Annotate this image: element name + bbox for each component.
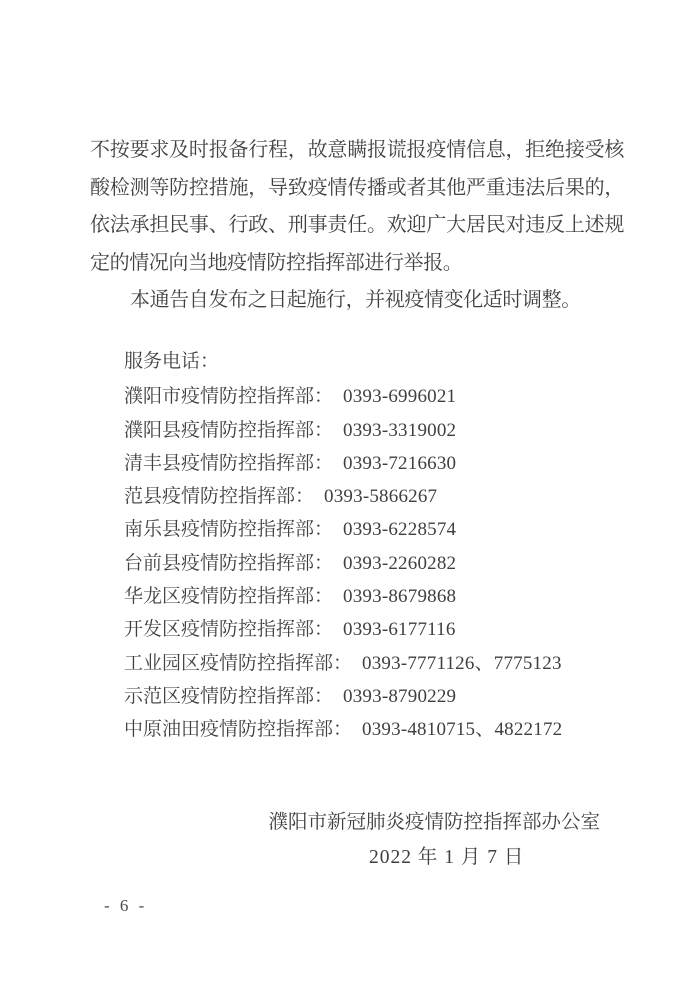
hotline-org: 南乐县疫情防控指挥部： <box>124 519 333 540</box>
hotline-row: 开发区疫情防控指挥部：0393-6177116 <box>124 613 562 646</box>
hotline-phone: 0393-6228574 <box>343 519 456 540</box>
hotline-row: 濮阳县疫情防控指挥部：0393-3319002 <box>124 414 562 447</box>
hotline-row: 清丰县疫情防控指挥部：0393-7216630 <box>124 447 562 480</box>
hotline-org: 示范区疫情防控指挥部： <box>124 686 333 707</box>
hotline-org: 濮阳县疫情防控指挥部： <box>124 420 333 441</box>
hotline-row: 示范区疫情防控指挥部：0393-8790229 <box>124 680 562 713</box>
hotline-heading: 服务电话： <box>124 345 562 378</box>
hotline-phone: 0393-2260282 <box>343 553 456 574</box>
hotline-row: 台前县疫情防控指挥部：0393-2260282 <box>124 547 562 580</box>
hotline-row: 华龙区疫情防控指挥部：0393-8679868 <box>124 580 562 613</box>
hotline-org: 华龙区疫情防控指挥部： <box>124 586 333 607</box>
paragraph-legal-liability: 不按要求及时报备行程，故意瞒报谎报疫情信息，拒绝接受核酸检测等防控措施，导致疫情… <box>90 132 624 282</box>
hotline-phone: 0393-3319002 <box>343 420 456 441</box>
hotline-org: 范县疫情防控指挥部： <box>124 486 314 507</box>
hotline-row: 工业园区疫情防控指挥部：0393-7771126、7775123 <box>124 647 562 680</box>
document-page: 不按要求及时报备行程，故意瞒报谎报疫情信息，拒绝接受核酸检测等防控措施，导致疫情… <box>0 0 700 989</box>
signature-block: 濮阳市新冠肺炎疫情防控指挥部办公室 2022 年 1 月 7 日 <box>268 805 600 875</box>
hotline-phone: 0393-8790229 <box>343 686 456 707</box>
hotline-phone: 0393-4810715、4822172 <box>362 719 562 740</box>
notice-body: 不按要求及时报备行程，故意瞒报谎报疫情信息，拒绝接受核酸检测等防控措施，导致疫情… <box>90 132 624 320</box>
paragraph-effective-date: 本通告自发布之日起施行，并视疫情变化适时调整。 <box>90 282 624 320</box>
hotline-phone: 0393-6177116 <box>343 619 456 640</box>
hotline-phone: 0393-5866267 <box>324 486 437 507</box>
hotline-phone: 0393-6996021 <box>343 386 456 407</box>
hotline-org: 工业园区疫情防控指挥部： <box>124 653 352 674</box>
hotline-row: 濮阳市疫情防控指挥部：0393-6996021 <box>124 380 562 413</box>
hotline-org: 中原油田疫情防控指挥部： <box>124 719 352 740</box>
hotline-row: 范县疫情防控指挥部：0393-5866267 <box>124 480 562 513</box>
hotline-org: 濮阳市疫情防控指挥部： <box>124 386 333 407</box>
hotline-phone: 0393-8679868 <box>343 586 456 607</box>
hotline-row: 中原油田疫情防控指挥部：0393-4810715、4822172 <box>124 713 562 746</box>
hotline-org: 台前县疫情防控指挥部： <box>124 553 333 574</box>
hotline-row: 南乐县疫情防控指挥部：0393-6228574 <box>124 513 562 546</box>
signature-office: 濮阳市新冠肺炎疫情防控指挥部办公室 <box>268 805 600 840</box>
hotline-org: 开发区疫情防控指挥部： <box>124 619 333 640</box>
page-number: - 6 - <box>104 896 147 916</box>
hotline-phone: 0393-7216630 <box>343 453 456 474</box>
hotline-org: 清丰县疫情防控指挥部： <box>124 453 333 474</box>
signature-date: 2022 年 1 月 7 日 <box>268 840 600 875</box>
hotline-section: 服务电话： 濮阳市疫情防控指挥部：0393-6996021 濮阳县疫情防控指挥部… <box>124 345 562 747</box>
hotline-phone: 0393-7771126、7775123 <box>362 653 562 674</box>
